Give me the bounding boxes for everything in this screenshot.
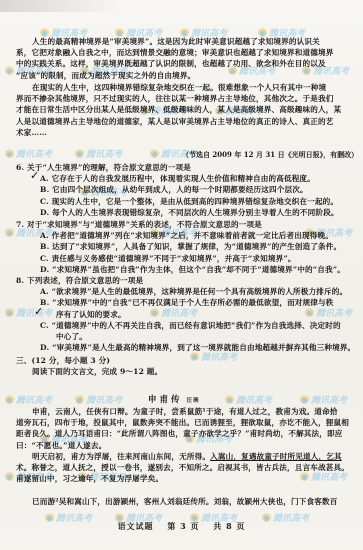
question-stem: 下列表述，符合原文意思的一项是 (27, 276, 143, 285)
question-7: 7. 对于“求知境界”与“道德境界”关系的表述，不符合原文意思的一项是 A. 作… (16, 219, 350, 275)
handwritten-check-icon: ✓ (30, 169, 39, 182)
question-stem: 对于“求知境界”与“道德境界”关系的表述，不符合原文意思的一项是 (27, 220, 262, 229)
watermark: 腾讯高考 (300, 393, 347, 406)
question-6: 6. 关于“人生境界”的理解，符合原文意思的一项是 A. 它存在于人的自我发展历… (16, 162, 350, 218)
watermark: 腾讯高考 (5, 393, 52, 406)
exam-page: 腾讯高考 腾讯高考 腾讯高考 腾讯高考 腾讯高考 腾讯高考 腾讯高考 腾讯高考 … (0, 0, 363, 550)
watermark-logo-icon (75, 149, 84, 158)
passage-paragraph-2: 在现实的人生中，这四种境界错综复杂地交织在一起。很难想象一个人只有其中一种境 界… (16, 82, 350, 138)
scan-shadow (0, 0, 120, 12)
watermark-logo-icon (5, 308, 14, 317)
watermark: 腾讯高考 (75, 393, 122, 406)
footer-page-number: 第 3 页 (167, 521, 199, 531)
watermark-logo-icon (75, 395, 84, 404)
underlined-sentence: 入嵩山，复遇故童子时所见道人，乞其 (210, 452, 342, 461)
watermark-logo-icon (5, 228, 14, 237)
page-footer: 语文试题 第 3 页 共 8 页 (0, 521, 363, 532)
handwritten-check-icon: ✓ (34, 305, 43, 318)
classical-paragraph-1: 申甫，云南人，任侠有口辩。为童子时，尝系鼠筯¹于途，有道人过之，教甫为戏。道命拾… (16, 406, 350, 451)
footer-total-pages: 共 8 页 (213, 521, 245, 531)
watermark-logo-icon (5, 472, 14, 481)
watermark-logo-icon (5, 149, 14, 158)
article-author: 汪琬 (187, 398, 200, 404)
section-3-header: 三、(12 分，每小题 3 分) 阅读下面的文言文，完成 9～12 题。 (16, 355, 350, 377)
passage-paragraph-1: 人生的最高精神境界是“审美境界”。这是因为此时审美意识超越了求知境界的认识关 系… (16, 36, 350, 81)
question-8: 8. 下列表述，符合原文意思的一项是 A. “欲求境界”是人生的最低境界，这种境… (16, 275, 350, 353)
passage-source: （节选自 2009 年 12 月 31 日《光明日报》，有删改） (182, 150, 358, 160)
watermark: 腾讯高考 (5, 147, 52, 160)
watermark-logo-icon (5, 395, 14, 404)
watermark-logo-icon (225, 395, 234, 404)
article-title: 申甫传汪琬 (148, 393, 200, 405)
question-stem: 关于“人生境界”的理解，符合原文意思的一项是 (27, 163, 191, 172)
watermark-logo-icon (300, 395, 309, 404)
footer-subject: 语文试题 (118, 521, 154, 531)
watermark-logo-icon (150, 149, 159, 158)
classical-paragraph-3: 已而游²吴和嵩山下，出游颍州，客州人刘翁廷传所。刘翁，故颍州大侠也，门下食客数百 (16, 496, 350, 507)
watermark-logo-icon (5, 66, 14, 75)
classical-paragraph-2: 明天启初，甫方为浮屠，往来河南山东间，无所得。入嵩山，复遇故童子时所见道人，乞其… (16, 451, 350, 485)
watermark: 腾讯高考 (225, 393, 272, 406)
watermark: 腾讯高考 (75, 147, 122, 160)
